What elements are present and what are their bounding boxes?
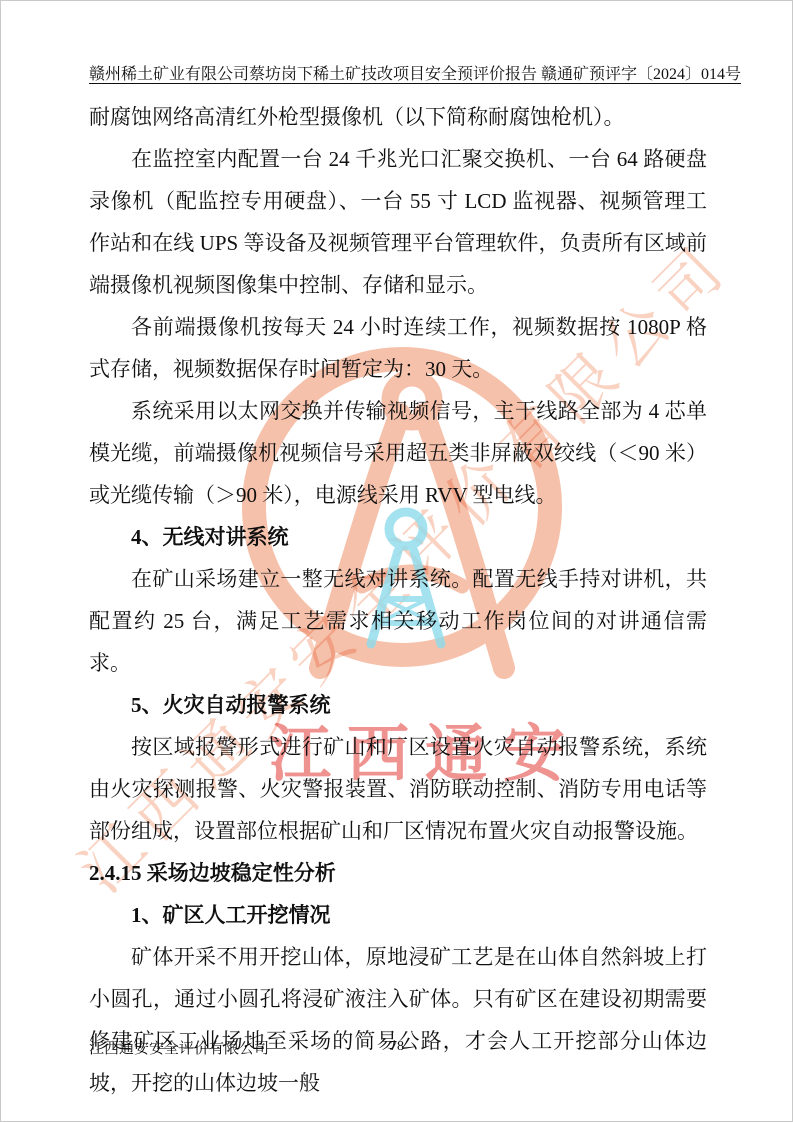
page-header: 赣州稀土矿业有限公司蔡坊岗下稀土矿技改项目安全预评价报告 赣通矿预评字〔2024…	[89, 63, 705, 87]
page-footer: 江西通安安全评价有限公司 78	[89, 1037, 705, 1061]
paragraph: 在监控室内配置一台 24 千兆光口汇聚交换机、一台 64 路硬盘录像机（配监控专…	[89, 138, 707, 306]
section-heading: 1、矿区人工开挖情况	[89, 894, 707, 936]
paragraph: 各前端摄像机按每天 24 小时连续工作，视频数据按 1080P 格式存储，视频数…	[89, 306, 707, 390]
section-heading: 4、无线对讲系统	[89, 516, 707, 558]
document-page: 江西通安安全评价有限公司 江西通安 赣州稀土矿业有限公司蔡坊岗下稀土矿技改项目安…	[0, 0, 793, 1122]
section-heading: 2.4.15 采场边坡稳定性分析	[89, 852, 707, 894]
paragraph: 在矿山采场建立一整无线对讲系统。配置无线手持对讲机，共配置约 25 台，满足工艺…	[89, 558, 707, 684]
section-heading: 5、火灾自动报警系统	[89, 684, 707, 726]
document-body: 耐腐蚀网络高清红外枪型摄像机（以下简称耐腐蚀枪机）。在监控室内配置一台 24 千…	[89, 96, 707, 1104]
paragraph: 系统采用以太网交换并传输视频信号，主干线路全部为 4 芯单模光缆，前端摄像机视频…	[89, 390, 707, 516]
paragraph: 耐腐蚀网络高清红外枪型摄像机（以下简称耐腐蚀枪机）。	[89, 96, 707, 138]
page-number: 78	[89, 1039, 705, 1055]
paragraph: 矿体开采不用开挖山体，原地浸矿工艺是在山体自然斜坡上打小圆孔，通过小圆孔将浸矿液…	[89, 936, 707, 1104]
paragraph: 按区域报警形式进行矿山和厂区设置火灾自动报警系统，系统由火灾探测报警、火灾警报装…	[89, 726, 707, 852]
